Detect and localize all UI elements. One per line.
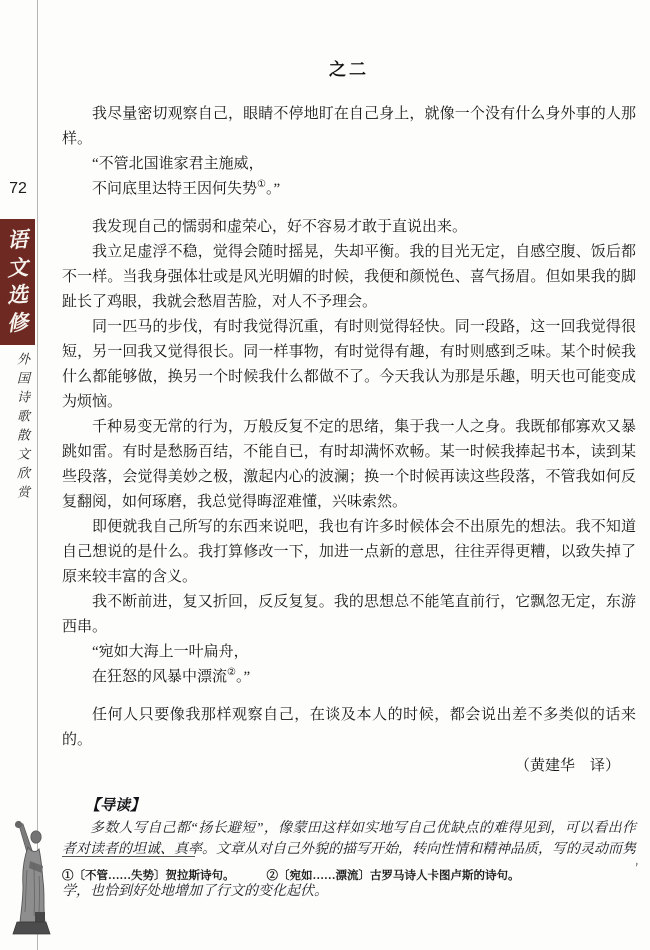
footnote-2-ref: ②	[267, 870, 279, 882]
paragraph-2: 我发现自己的懦弱和虚荣心，好不容易才敢于直说出来。	[62, 215, 636, 240]
paragraph-6: 即便就我自己所写的东西来说吧，我也有许多时候体会不出原先的想法。我不知道自己想说…	[62, 515, 636, 590]
series-title-char: 修	[6, 312, 28, 334]
poem-line-text: 在狂怒的风暴中漂流	[92, 669, 227, 685]
main-content: 之二 我尽量密切观察自己，眼睛不停地盯在自己身上，就像一个没有什么身外事的人那样…	[62, 55, 636, 902]
series-title-char: 选	[6, 285, 28, 307]
footnote-ref-2: ②	[227, 667, 236, 678]
footnote-1-ref: ①	[62, 870, 74, 882]
paragraph-5: 千种易变无常的行为，万般反复不定的思绪，集于我一人之身。我既郁郁寡欢又暴跳如雷。…	[62, 415, 636, 515]
series-title-box: 语 文 选 修	[0, 219, 35, 345]
sidebar-divider-line	[37, 0, 38, 950]
footnotes-area: ①〔不管……失势〕贺拉斯诗句。②〔宛如……漂流〕古罗马诗人卡图卢斯的诗句。	[62, 856, 636, 883]
poem-quote-1: “不管北国谁家君主施威， 不问底里达特王因何失势①。”	[62, 152, 636, 202]
footnote-2-text: 〔宛如……漂流〕古罗马诗人卡图卢斯的诗句。	[278, 870, 520, 882]
poem-line: “不管北国谁家君主施威，	[92, 152, 636, 177]
paragraph-3: 我立足虚浮不稳，觉得会随时摇晃，失却平衡。我的目光无定，自感空腹、饭后都不一样。…	[62, 240, 636, 315]
paragraph-7: 我不断前进，复又折回，反反复复。我的思想总不能笔直前行，它飘忽无定，东游西串。	[62, 590, 636, 640]
statue-icon	[5, 820, 59, 942]
footnote-row: ①〔不管……失势〕贺拉斯诗句。②〔宛如……漂流〕古罗马诗人卡图卢斯的诗句。	[62, 867, 636, 883]
translator-credit: （黄建华 译）	[62, 754, 636, 779]
footnote-1: ①〔不管……失势〕贺拉斯诗句。	[62, 870, 235, 882]
poem-quote-2: “宛如大海上一叶扁舟， 在狂怒的风暴中漂流②。”	[62, 640, 636, 690]
footnote-1-text: 〔不管……失势〕贺拉斯诗句。	[74, 870, 235, 882]
closing-paragraph: 任何人只要像我那样观察自己，在谈及本人的时候，都会说出差不多类似的话来的。	[62, 703, 636, 753]
footnote-separator	[62, 856, 195, 857]
series-title-char: 语	[6, 229, 28, 251]
page-number: 72	[0, 180, 36, 198]
poem-line-text: 不问底里达特王因何失势	[92, 181, 257, 197]
poem-line-end: 。”	[236, 669, 250, 685]
footnote-ref-1: ①	[257, 179, 266, 190]
section-title: 之二	[62, 55, 636, 80]
statue-image	[5, 820, 59, 942]
paragraph-1: 我尽量密切观察自己，眼睛不停地盯在自己身上，就像一个没有什么身外事的人那样。	[62, 102, 636, 152]
series-subtitle-vertical: 外国诗歌散文欣赏	[9, 352, 35, 552]
reading-guide-label: 【导读】	[85, 794, 636, 815]
poem-line: 在狂怒的风暴中漂流②。”	[92, 665, 636, 690]
poem-line: “宛如大海上一叶扁舟，	[92, 640, 636, 665]
paragraph-4: 同一匹马的步伐，有时我觉得沉重，有时则觉得轻快。同一段路，这一回我觉得很短，另一…	[62, 315, 636, 415]
reading-guide-section: 【导读】 多数人写自己都“扬长避短”，像蒙田这样如实地写自己优缺点的难得见到，可…	[62, 794, 636, 902]
textbook-page: 72 语 文 选 修 外国诗歌散文欣赏 之二 我尽量密切观察自己，眼睛不停地盯在…	[0, 0, 650, 950]
footnote-2: ②〔宛如……漂流〕古罗马诗人卡图卢斯的诗句。	[267, 870, 520, 882]
series-title-char: 文	[6, 257, 28, 279]
poem-line: 不问底里达特王因何失势①。”	[92, 177, 636, 202]
poem-line-end: 。”	[266, 181, 280, 197]
